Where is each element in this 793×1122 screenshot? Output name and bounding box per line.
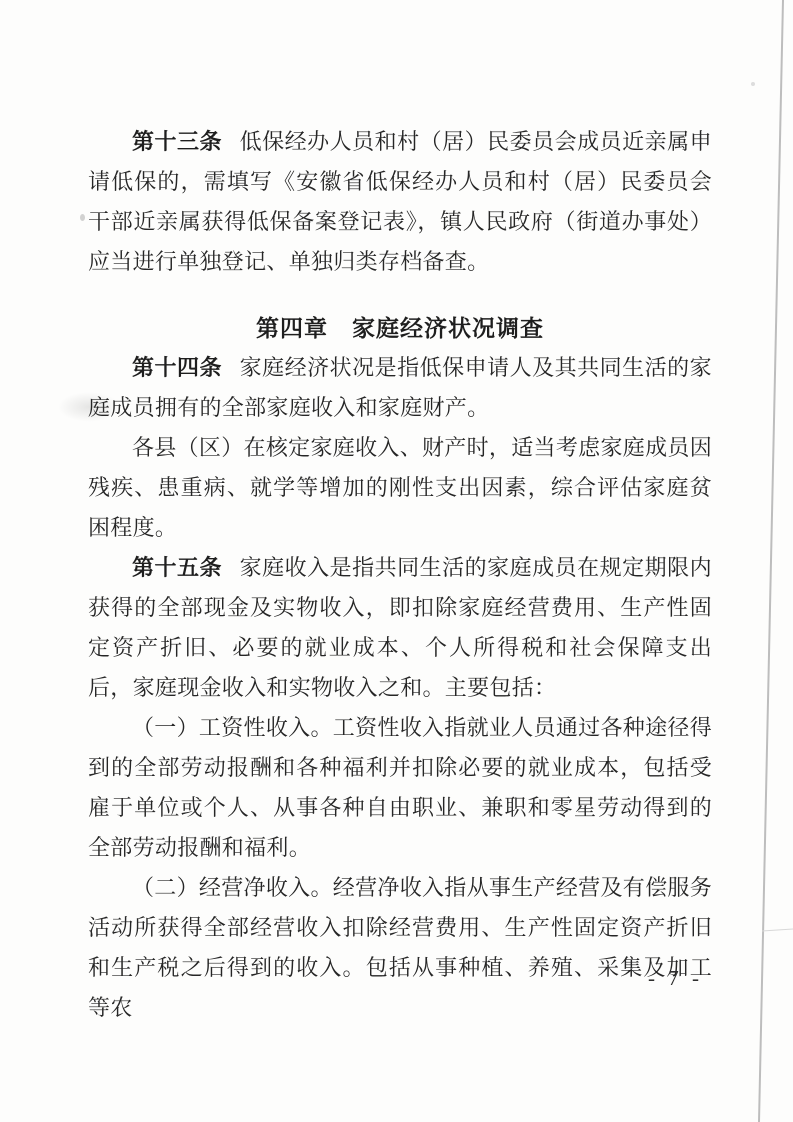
speck-artifact	[80, 214, 85, 221]
chapter-4-heading: 第四章 家庭经济状况调查	[88, 308, 712, 348]
speck-artifact	[751, 82, 755, 86]
article-14-paragraph: 第十四条家庭经济状况是指低保申请人及其共同生活的家庭成员拥有的全部家庭收入和家庭…	[88, 348, 712, 428]
item-2-business-income-paragraph: （二）经营净收入。经营净收入指从事生产经营及有偿服务活动所获得全部经营收入扣除经…	[88, 868, 712, 1028]
article-14-continuation-paragraph: 各县（区）在核定家庭收入、财产时，适当考虑家庭成员因残疾、患重病、就学等增加的刚…	[88, 428, 712, 548]
document-content: 第十三条低保经办人员和村（居）民委员会成员近亲属申请低保的，需填写《安徽省低保经…	[88, 122, 712, 1028]
article-14-label: 第十四条	[132, 355, 222, 380]
article-13-paragraph: 第十三条低保经办人员和村（居）民委员会成员近亲属申请低保的，需填写《安徽省低保经…	[88, 122, 712, 282]
article-13-label: 第十三条	[132, 129, 222, 154]
article-15-label: 第十五条	[132, 555, 222, 580]
item-1-wage-income-paragraph: （一）工资性收入。工资性收入指就业人员通过各种途径得到的全部劳动报酬和各种福利并…	[88, 708, 712, 868]
page-number: - 7 -	[648, 966, 703, 991]
document-page: 第十三条低保经办人员和村（居）民委员会成员近亲属申请低保的，需填写《安徽省低保经…	[0, 0, 793, 1122]
article-15-paragraph: 第十五条家庭收入是指共同生活的家庭成员在规定期限内获得的全部现金及实物收入，即扣…	[88, 548, 712, 708]
